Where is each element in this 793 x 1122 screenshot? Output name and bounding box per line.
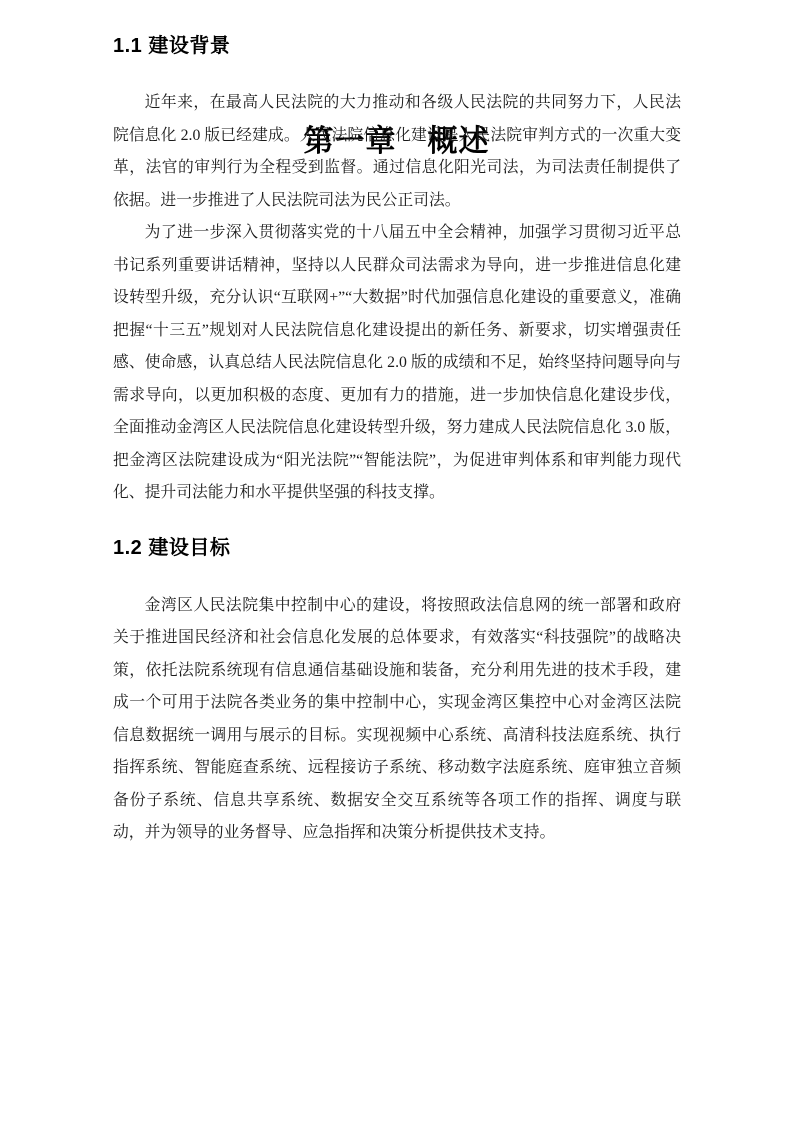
paragraph-background-2: 为了进一步深入贯彻落实党的十八届五中全会精神，加强学习贯彻习近平总书记系列重要讲…: [113, 217, 681, 510]
section-heading-1-2: 1.2 建设目标: [113, 535, 681, 561]
paragraph-goals-1: 金湾区人民法院集中控制中心的建设，将按照政法信息网的统一部署和政府关于推进国民经…: [113, 590, 681, 850]
paragraph-background-1: 近年来，在最高人民法院的大力推动和各级人民法院的共同努力下，人民法院信息化 2.…: [113, 87, 681, 217]
document-body: 1.1 建设背景 近年来，在最高人民法院的大力推动和各级人民法院的共同努力下，人…: [113, 0, 681, 850]
document-page: 第一章 概述 1.1 建设背景 近年来，在最高人民法院的大力推动和各级人民法院的…: [0, 0, 793, 1122]
section-heading-1-1: 1.1 建设背景: [113, 33, 681, 59]
